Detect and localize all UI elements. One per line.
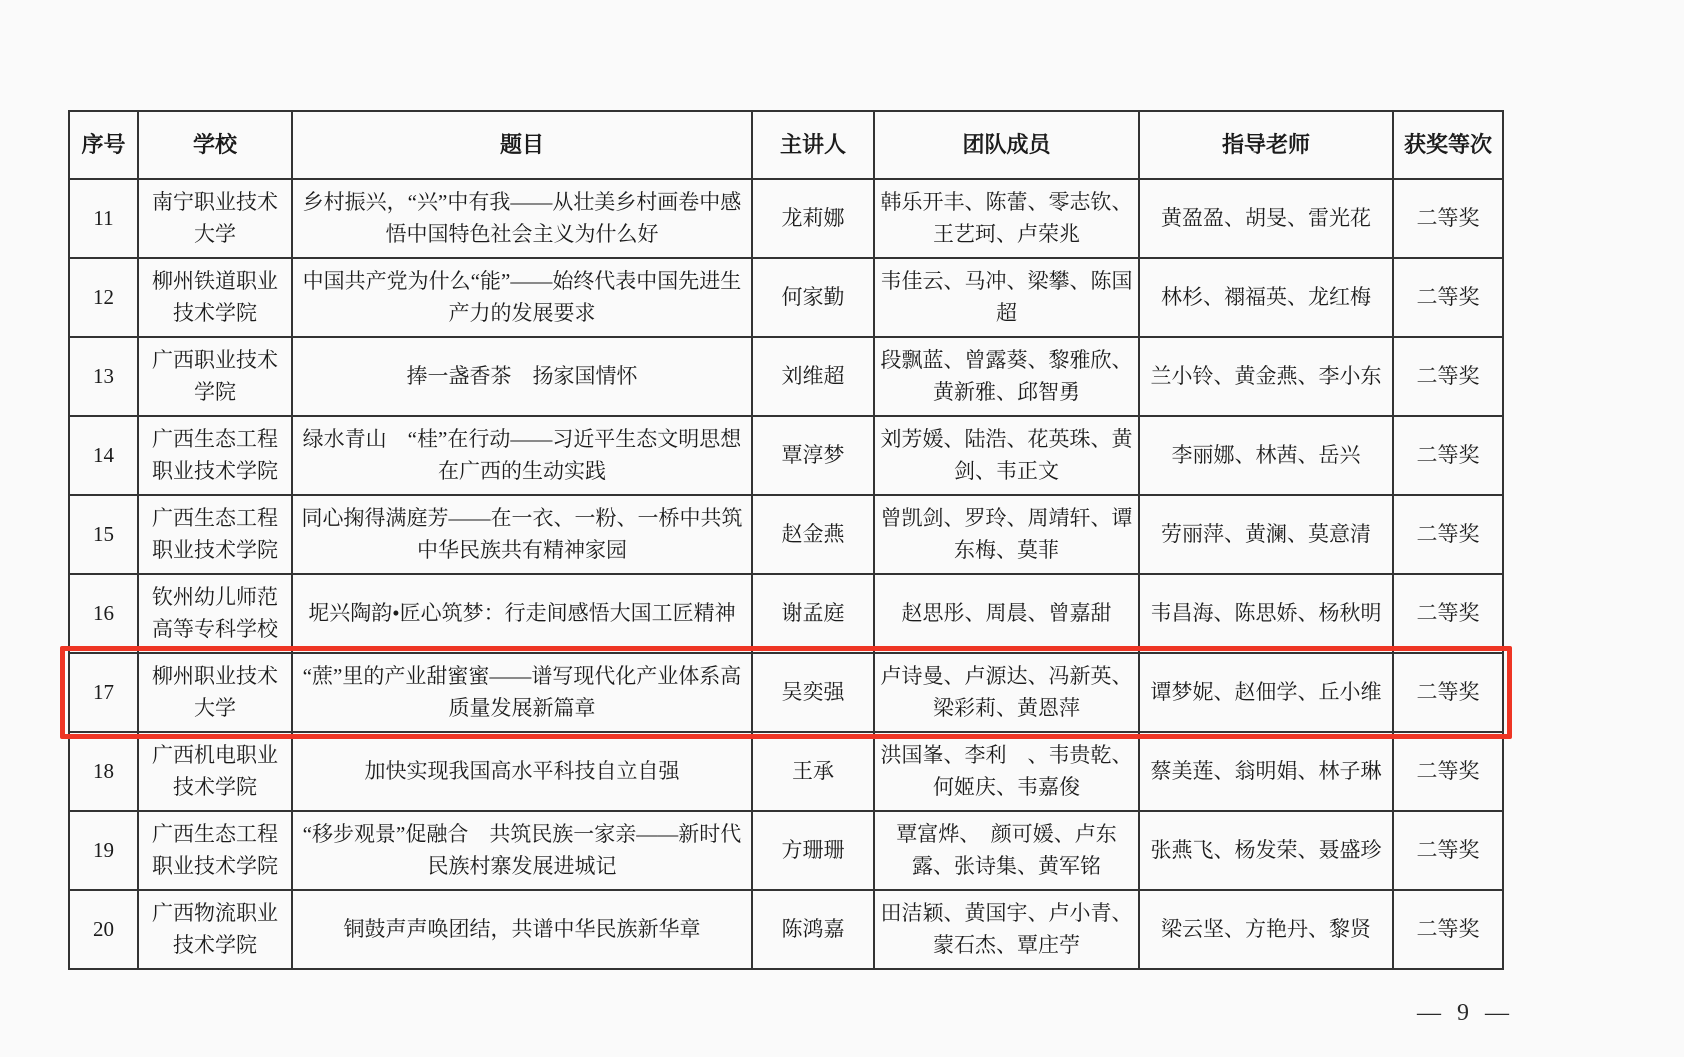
cell-speaker: 吴奕强 bbox=[752, 653, 874, 732]
cell-advisors: 韦昌海、陈思娇、杨秋明 bbox=[1139, 574, 1393, 653]
cell-award: 二等奖 bbox=[1393, 258, 1503, 337]
col-header-title: 题目 bbox=[292, 111, 752, 179]
cell-speaker: 王承 bbox=[752, 732, 874, 811]
cell-speaker: 刘维超 bbox=[752, 337, 874, 416]
table-row: 11南宁职业技术大学乡村振兴，“兴”中有我——从壮美乡村画卷中感悟中国特色社会主… bbox=[69, 179, 1503, 258]
cell-no: 11 bbox=[69, 179, 138, 258]
document-page: 序号 学校 题目 主讲人 团队成员 指导老师 获奖等次 11南宁职业技术大学乡村… bbox=[0, 0, 1684, 1057]
cell-no: 20 bbox=[69, 890, 138, 969]
cell-title: 中国共产党为什么“能”——始终代表中国先进生产力的发展要求 bbox=[292, 258, 752, 337]
cell-title: 加快实现我国高水平科技自立自强 bbox=[292, 732, 752, 811]
cell-speaker: 覃淳梦 bbox=[752, 416, 874, 495]
cell-school: 广西职业技术学院 bbox=[138, 337, 292, 416]
cell-title: “蔗”里的产业甜蜜蜜——谱写现代化产业体系高质量发展新篇章 bbox=[292, 653, 752, 732]
cell-team: 段飘蓝、曾露葵、黎雅欣、黄新雅、邱智勇 bbox=[874, 337, 1139, 416]
cell-speaker: 龙莉娜 bbox=[752, 179, 874, 258]
cell-speaker: 方珊珊 bbox=[752, 811, 874, 890]
cell-school: 广西生态工程职业技术学院 bbox=[138, 811, 292, 890]
cell-award: 二等奖 bbox=[1393, 890, 1503, 969]
cell-award: 二等奖 bbox=[1393, 416, 1503, 495]
cell-team: 韩乐开丰、陈蕾、零志钦、王艺珂、卢荣兆 bbox=[874, 179, 1139, 258]
cell-title: “移步观景”促融合 共筑民族一家亲——新时代民族村寨发展进城记 bbox=[292, 811, 752, 890]
cell-no: 12 bbox=[69, 258, 138, 337]
cell-award: 二等奖 bbox=[1393, 179, 1503, 258]
cell-team: 卢诗曼、卢源达、冯新英、梁彩莉、黄恩萍 bbox=[874, 653, 1139, 732]
cell-advisors: 谭梦妮、赵佃学、丘小维 bbox=[1139, 653, 1393, 732]
cell-school: 广西生态工程职业技术学院 bbox=[138, 416, 292, 495]
table-body: 11南宁职业技术大学乡村振兴，“兴”中有我——从壮美乡村画卷中感悟中国特色社会主… bbox=[69, 179, 1503, 969]
cell-no: 16 bbox=[69, 574, 138, 653]
cell-no: 13 bbox=[69, 337, 138, 416]
table-row: 13广西职业技术学院捧一盏香茶 扬家国情怀刘维超段飘蓝、曾露葵、黎雅欣、黄新雅、… bbox=[69, 337, 1503, 416]
cell-speaker: 谢孟庭 bbox=[752, 574, 874, 653]
page-number: — 9 — bbox=[1398, 1000, 1528, 1027]
cell-advisors: 劳丽萍、黄澜、莫意清 bbox=[1139, 495, 1393, 574]
col-header-award: 获奖等次 bbox=[1393, 111, 1503, 179]
cell-title: 铜鼓声声唤团结，共谱中华民族新华章 bbox=[292, 890, 752, 969]
cell-advisors: 蔡美莲、翁明娟、林子琳 bbox=[1139, 732, 1393, 811]
cell-title: 坭兴陶韵•匠心筑梦：行走间感悟大国工匠精神 bbox=[292, 574, 752, 653]
cell-speaker: 赵金燕 bbox=[752, 495, 874, 574]
awards-table: 序号 学校 题目 主讲人 团队成员 指导老师 获奖等次 11南宁职业技术大学乡村… bbox=[68, 110, 1504, 970]
cell-award: 二等奖 bbox=[1393, 337, 1503, 416]
cell-no: 19 bbox=[69, 811, 138, 890]
table-row: 18广西机电职业技术学院加快实现我国高水平科技自立自强王承洪国峯、李利 、韦贵乾… bbox=[69, 732, 1503, 811]
cell-award: 二等奖 bbox=[1393, 495, 1503, 574]
cell-no: 18 bbox=[69, 732, 138, 811]
cell-team: 刘芳媛、陆浩、花英珠、黄剑、韦正文 bbox=[874, 416, 1139, 495]
cell-no: 15 bbox=[69, 495, 138, 574]
cell-title: 同心掬得满庭芳——在一衣、一粉、一桥中共筑中华民族共有精神家园 bbox=[292, 495, 752, 574]
cell-advisors: 梁云坚、方艳丹、黎贤 bbox=[1139, 890, 1393, 969]
cell-speaker: 陈鸿嘉 bbox=[752, 890, 874, 969]
cell-advisors: 兰小铃、黄金燕、李小东 bbox=[1139, 337, 1393, 416]
cell-school: 广西机电职业技术学院 bbox=[138, 732, 292, 811]
header-row: 序号 学校 题目 主讲人 团队成员 指导老师 获奖等次 bbox=[69, 111, 1503, 179]
cell-school: 钦州幼儿师范高等专科学校 bbox=[138, 574, 292, 653]
cell-award: 二等奖 bbox=[1393, 574, 1503, 653]
table-row: 16钦州幼儿师范高等专科学校坭兴陶韵•匠心筑梦：行走间感悟大国工匠精神谢孟庭赵思… bbox=[69, 574, 1503, 653]
table-row: 20广西物流职业技术学院铜鼓声声唤团结，共谱中华民族新华章陈鸿嘉田洁颖、黄国宇、… bbox=[69, 890, 1503, 969]
table-row: 14广西生态工程职业技术学院绿水青山 “桂”在行动——习近平生态文明思想在广西的… bbox=[69, 416, 1503, 495]
cell-team: 覃富烨、 颜可媛、卢东露、张诗集、黄军铭 bbox=[874, 811, 1139, 890]
cell-advisors: 林杉、禤福英、龙红梅 bbox=[1139, 258, 1393, 337]
col-header-school: 学校 bbox=[138, 111, 292, 179]
col-header-team: 团队成员 bbox=[874, 111, 1139, 179]
col-header-advisors: 指导老师 bbox=[1139, 111, 1393, 179]
cell-team: 韦佳云、马冲、梁攀、陈国超 bbox=[874, 258, 1139, 337]
cell-award: 二等奖 bbox=[1393, 653, 1503, 732]
cell-speaker: 何家勤 bbox=[752, 258, 874, 337]
cell-team: 曾凯剑、罗玲、周靖轩、谭东梅、莫菲 bbox=[874, 495, 1139, 574]
cell-title: 捧一盏香茶 扬家国情怀 bbox=[292, 337, 752, 416]
cell-no: 17 bbox=[69, 653, 138, 732]
cell-advisors: 张燕飞、杨发荣、聂盛珍 bbox=[1139, 811, 1393, 890]
table-row: 19广西生态工程职业技术学院“移步观景”促融合 共筑民族一家亲——新时代民族村寨… bbox=[69, 811, 1503, 890]
col-header-no: 序号 bbox=[69, 111, 138, 179]
cell-school: 柳州铁道职业技术学院 bbox=[138, 258, 292, 337]
cell-award: 二等奖 bbox=[1393, 811, 1503, 890]
cell-school: 柳州职业技术大学 bbox=[138, 653, 292, 732]
table-row: 15广西生态工程职业技术学院同心掬得满庭芳——在一衣、一粉、一桥中共筑中华民族共… bbox=[69, 495, 1503, 574]
cell-team: 田洁颖、黄国宇、卢小青、蒙石杰、覃庄苧 bbox=[874, 890, 1139, 969]
cell-advisors: 李丽娜、林茜、岳兴 bbox=[1139, 416, 1393, 495]
cell-title: 乡村振兴，“兴”中有我——从壮美乡村画卷中感悟中国特色社会主义为什么好 bbox=[292, 179, 752, 258]
cell-team: 洪国峯、李利 、韦贵乾、何姬庆、韦嘉俊 bbox=[874, 732, 1139, 811]
cell-school: 南宁职业技术大学 bbox=[138, 179, 292, 258]
cell-school: 广西物流职业技术学院 bbox=[138, 890, 292, 969]
table-row: 12柳州铁道职业技术学院中国共产党为什么“能”——始终代表中国先进生产力的发展要… bbox=[69, 258, 1503, 337]
col-header-speaker: 主讲人 bbox=[752, 111, 874, 179]
cell-award: 二等奖 bbox=[1393, 732, 1503, 811]
cell-advisors: 黄盈盈、胡旻、雷光花 bbox=[1139, 179, 1393, 258]
cell-title: 绿水青山 “桂”在行动——习近平生态文明思想在广西的生动实践 bbox=[292, 416, 752, 495]
table-row: 17柳州职业技术大学“蔗”里的产业甜蜜蜜——谱写现代化产业体系高质量发展新篇章吴… bbox=[69, 653, 1503, 732]
cell-school: 广西生态工程职业技术学院 bbox=[138, 495, 292, 574]
cell-no: 14 bbox=[69, 416, 138, 495]
cell-team: 赵思彤、周晨、曾嘉甜 bbox=[874, 574, 1139, 653]
